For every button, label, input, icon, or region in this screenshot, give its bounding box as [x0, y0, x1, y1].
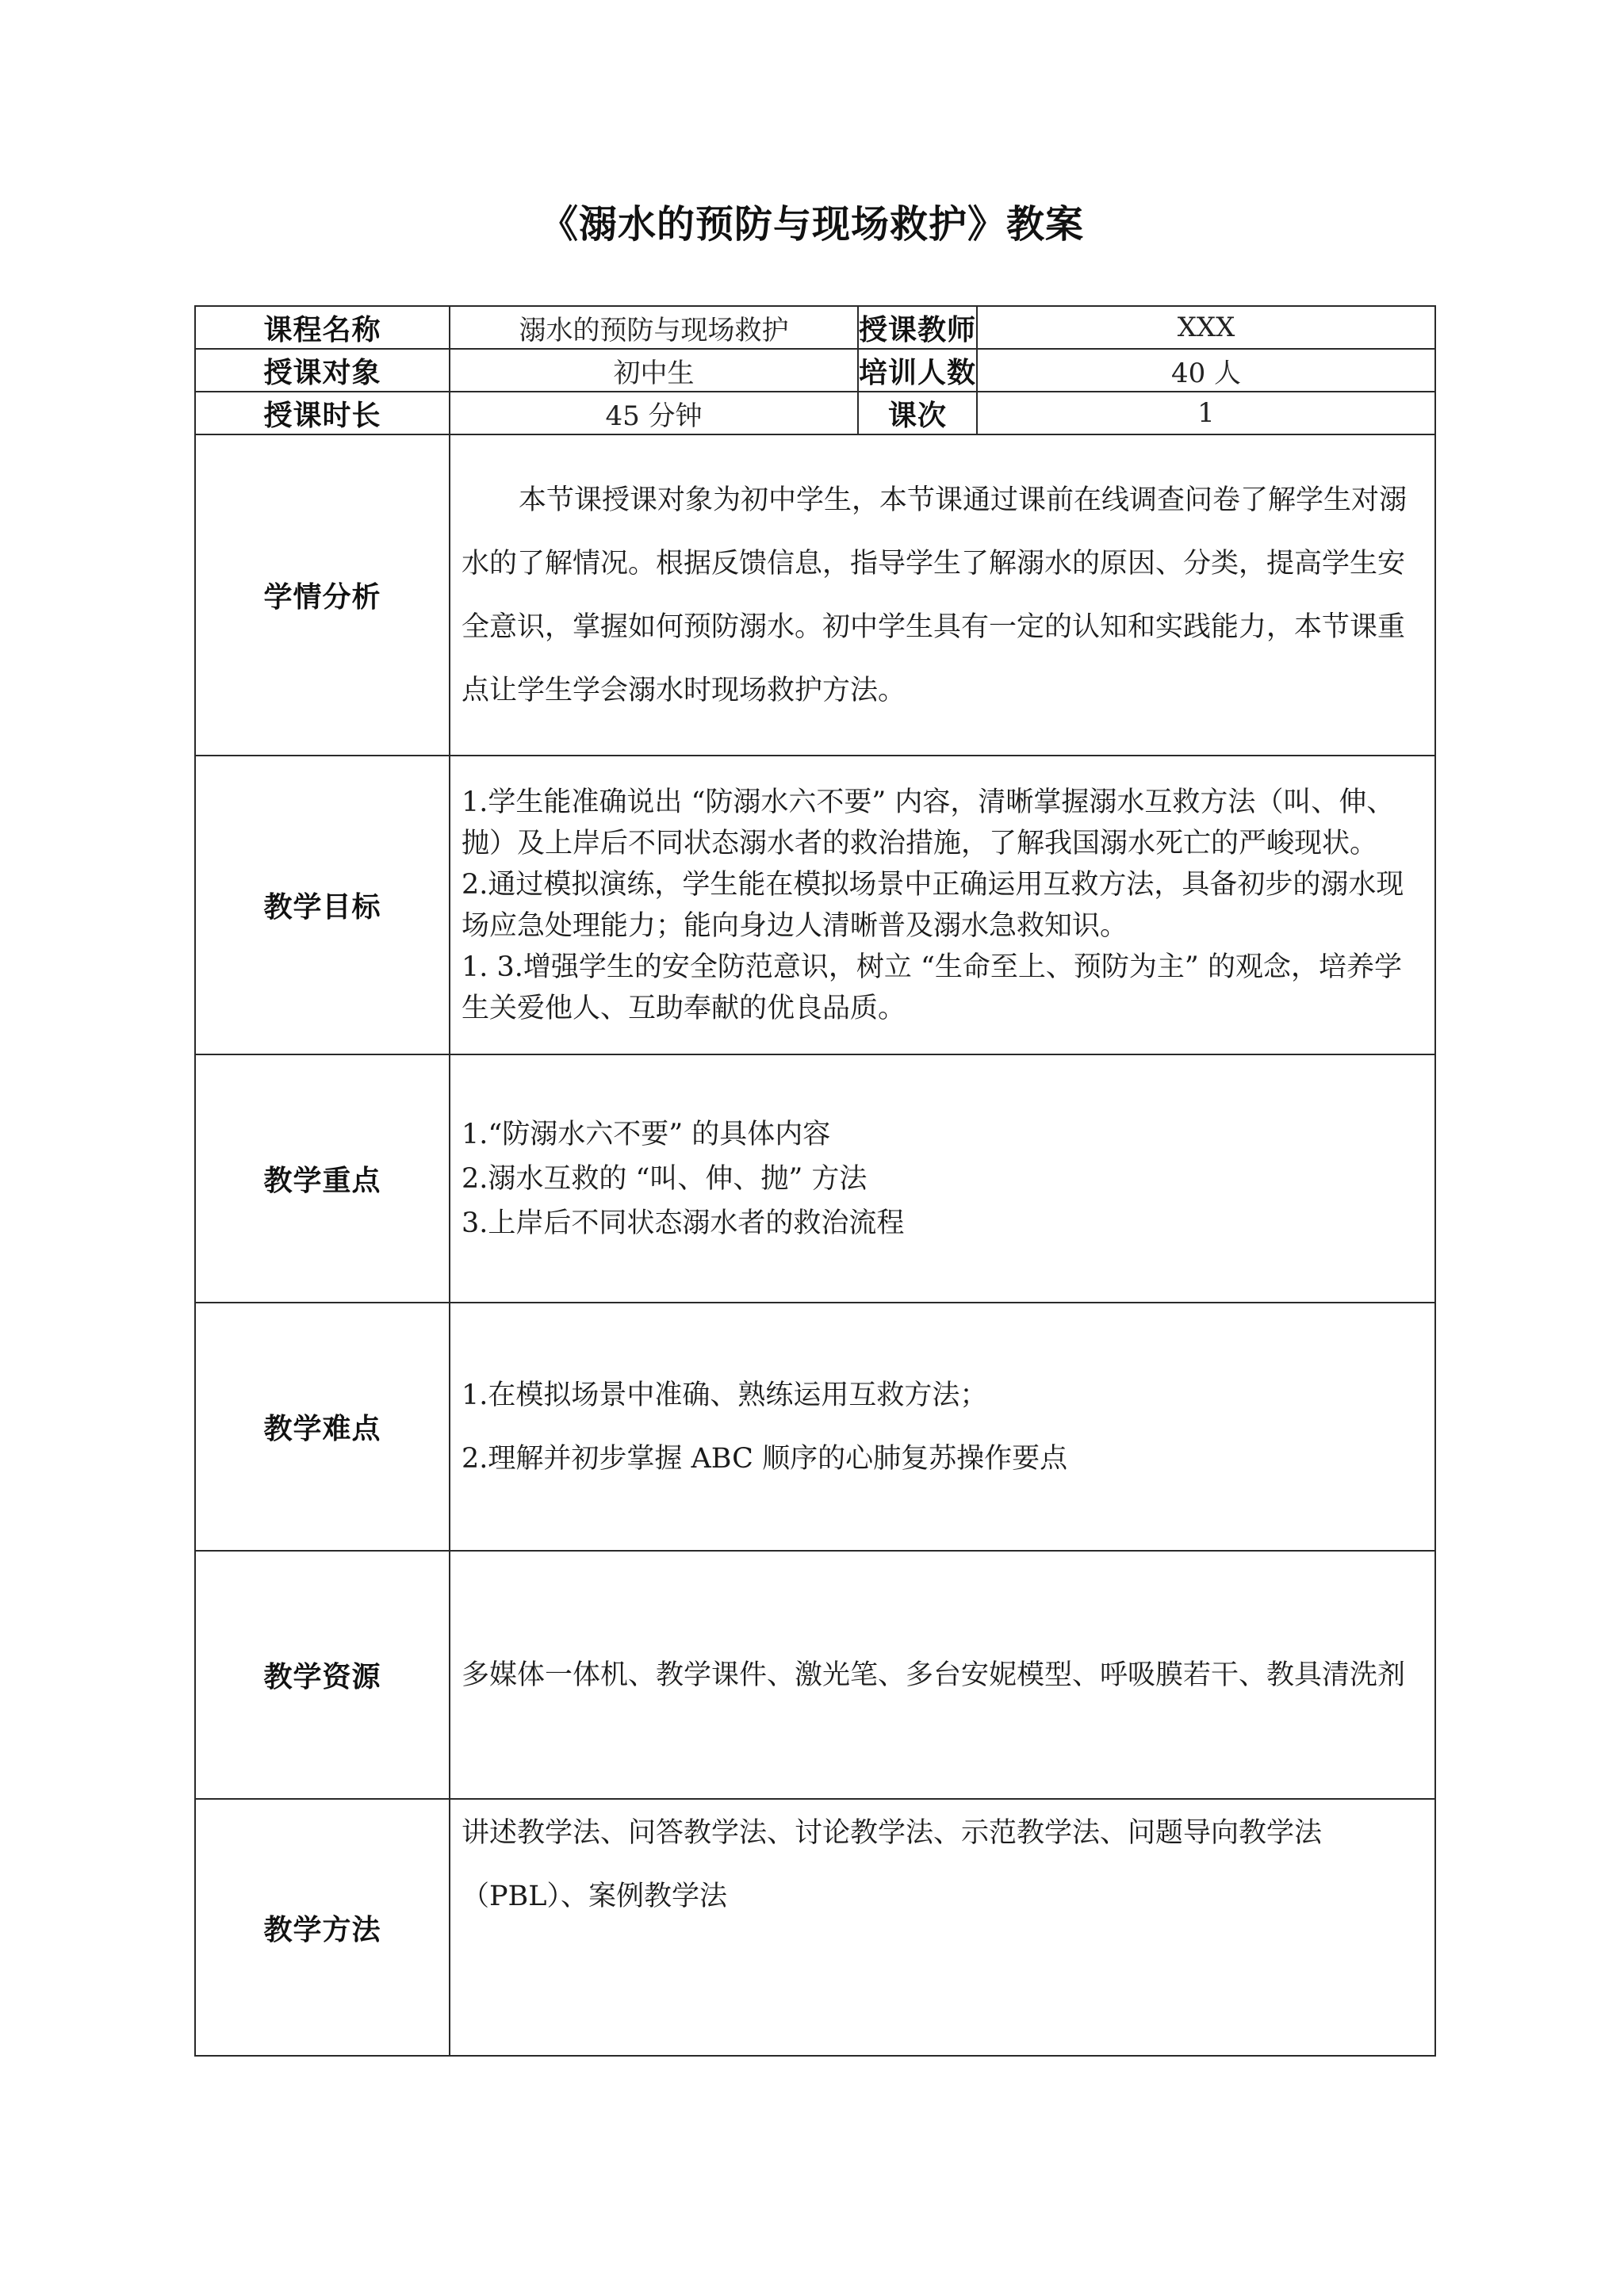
document-title: 《溺水的预防与现场救护》教案: [0, 197, 1624, 252]
label-methods: 教学方法: [195, 1799, 450, 2056]
label-difficulties: 教学难点: [195, 1303, 450, 1551]
value-duration: 45 分钟: [450, 392, 858, 434]
label-course-name: 课程名称: [195, 306, 450, 349]
objective-item: 1. 3.增强学生的安全防范意识，树立 “生命至上、预防为主” 的观念，培养学生…: [462, 947, 1423, 1029]
info-row-course: 课程名称 溺水的预防与现场救护 授课教师 XXX: [195, 306, 1435, 349]
value-audience: 初中生: [450, 349, 858, 392]
label-teacher: 授课教师: [858, 306, 977, 349]
key-point-item: 1.“防溺水六不要” 的具体内容: [462, 1112, 1423, 1157]
key-point-item: 2.溺水互救的 “叫、伸、抛” 方法: [462, 1157, 1423, 1201]
label-trainee-count: 培训人数: [858, 349, 977, 392]
label-duration: 授课时长: [195, 392, 450, 434]
resources-text: 多媒体一体机、教学课件、激光笔、多台安妮模型、呼吸膜若干、教具清洗剂: [462, 1640, 1423, 1711]
label-objectives: 教学目标: [195, 756, 450, 1054]
label-audience: 授课对象: [195, 349, 450, 392]
value-teacher: XXX: [977, 306, 1435, 349]
section-analysis: 学情分析 本节课授课对象为初中学生，本节课通过课前在线调查问卷了解学生对溺水的了…: [195, 434, 1435, 756]
objective-item: 2.通过模拟演练，学生能在模拟场景中正确运用互救方法，具备初步的溺水现场应急处理…: [462, 864, 1423, 947]
section-resources: 教学资源 多媒体一体机、教学课件、激光笔、多台安妮模型、呼吸膜若干、教具清洗剂: [195, 1551, 1435, 1799]
objective-item: 1.学生能准确说出 “防溺水六不要” 内容，清晰掌握溺水互救方法（叫、伸、抛）及…: [462, 782, 1423, 864]
label-session: 课次: [858, 392, 977, 434]
section-methods: 教学方法 讲述教学法、问答教学法、讨论教学法、示范教学法、问题导向教学法（PBL…: [195, 1799, 1435, 2056]
key-point-item: 3.上岸后不同状态溺水者的救治流程: [462, 1201, 1423, 1246]
label-analysis: 学情分析: [195, 434, 450, 756]
value-course-name: 溺水的预防与现场救护: [450, 306, 858, 349]
value-session: 1: [977, 392, 1435, 434]
value-trainee-count: 40 人: [977, 349, 1435, 392]
info-row-duration: 授课时长 45 分钟 课次 1: [195, 392, 1435, 434]
difficulty-item: 1.在模拟场景中准确、熟练运用互救方法；: [462, 1364, 1423, 1427]
section-difficulties: 教学难点 1.在模拟场景中准确、熟练运用互救方法； 2.理解并初步掌握 ABC …: [195, 1303, 1435, 1551]
methods-text: 讲述教学法、问答教学法、讨论教学法、示范教学法、问题导向教学法（PBL）、案例教…: [462, 1801, 1423, 1928]
lesson-plan-table: 课程名称 溺水的预防与现场救护 授课教师 XXX 授课对象 初中生 培训人数 4…: [194, 305, 1436, 2057]
info-row-audience: 授课对象 初中生 培训人数 40 人: [195, 349, 1435, 392]
analysis-text: 本节课授课对象为初中学生，本节课通过课前在线调查问卷了解学生对溺水的了解情况。根…: [462, 469, 1423, 722]
label-key-points: 教学重点: [195, 1054, 450, 1303]
difficulty-item: 2.理解并初步掌握 ABC 顺序的心肺复苏操作要点: [462, 1427, 1423, 1490]
label-resources: 教学资源: [195, 1551, 450, 1799]
section-key-points: 教学重点 1.“防溺水六不要” 的具体内容 2.溺水互救的 “叫、伸、抛” 方法…: [195, 1054, 1435, 1303]
section-objectives: 教学目标 1.学生能准确说出 “防溺水六不要” 内容，清晰掌握溺水互救方法（叫、…: [195, 756, 1435, 1054]
